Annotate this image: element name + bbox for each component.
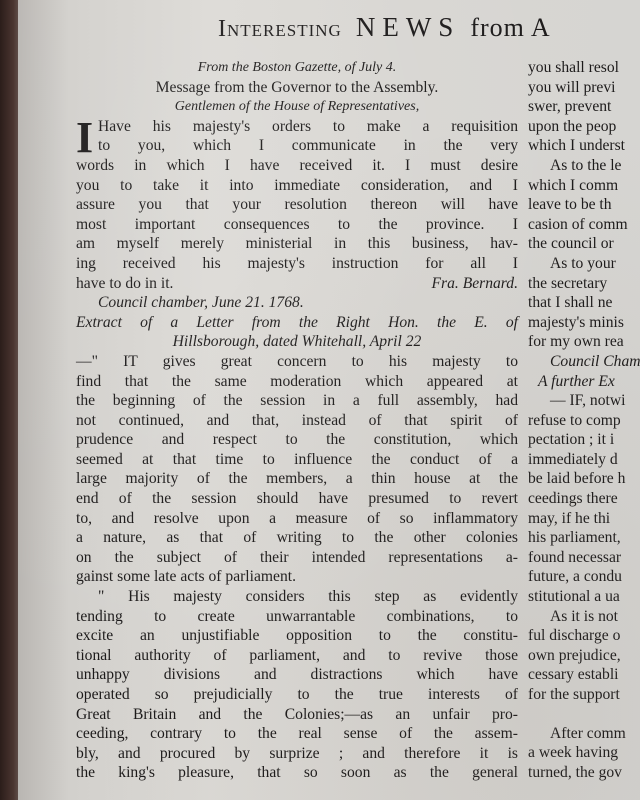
message-line: words in which I have received it. I mus… (76, 156, 518, 176)
right-line: swer, prevent (528, 97, 640, 117)
right-line: the council or (528, 234, 640, 254)
right-line: you shall resol (528, 58, 640, 78)
right-line: — IF, notwi (528, 391, 640, 411)
right-line: As to your (528, 254, 640, 274)
right-line: future, a condu (528, 567, 640, 587)
extract-line: seemed at that time to influence the con… (76, 450, 518, 470)
right-line: upon the peop (528, 117, 640, 137)
right-line: refuse to comp (528, 411, 640, 431)
right-line: majesty's minis (528, 313, 640, 333)
right-line: cessary establi (528, 665, 640, 685)
para2-line: excite an unjustifiable opposition to th… (76, 626, 518, 646)
right-line: casion of comm (528, 215, 640, 235)
extract-line: —" IT gives great concern to his majesty… (76, 352, 518, 372)
message-line: to you, which I communicate in the very (76, 136, 518, 156)
para2-line: tional authority of parliament, and to r… (76, 646, 518, 666)
right-line: for my own rea (528, 332, 640, 352)
right-line: pectation ; it i (528, 430, 640, 450)
page-headline: InterestingNEWSfrom A (218, 12, 551, 43)
headline-news: NEWS (356, 12, 461, 42)
extract-heading-2: Hillsborough, dated Whitehall, April 22 (76, 332, 518, 352)
para2-line: Great Britain and the Colonies;—as an un… (76, 705, 518, 725)
right-line: After comm (528, 724, 640, 744)
extract-line: a nature, as that of writing to the othe… (76, 528, 518, 548)
right-line: turned, the gov (528, 763, 640, 783)
message-line: you to take it into immediate considerat… (76, 176, 518, 196)
para2-line: unhappy divisions and distractions which… (76, 665, 518, 685)
right-line: A further Ex (528, 372, 640, 392)
message-line: ing received his majesty's instruction f… (76, 254, 518, 274)
right-line: own prejudice, (528, 646, 640, 666)
para2-line: ceeding, contrary to the real sense of t… (76, 724, 518, 744)
signature: Fra. Bernard. (432, 274, 518, 294)
right-line: be laid before h (528, 469, 640, 489)
left-column: From the Boston Gazette, of July 4. Mess… (76, 58, 518, 783)
right-line: As to the le (528, 156, 640, 176)
message-line: Have his majesty's orders to make a requ… (76, 117, 518, 137)
right-line: found necessar (528, 548, 640, 568)
message-title: Message from the Governor to the Assembl… (76, 78, 518, 98)
para2-line: " His majesty considers this step as evi… (76, 587, 518, 607)
right-line: that I shall ne (528, 293, 640, 313)
headline-interesting: Interesting (218, 16, 342, 42)
right-line: may, if he thi (528, 509, 640, 529)
right-line: As it is not (528, 607, 640, 627)
right-line: a week having (528, 743, 640, 763)
message-line: assure you that your resolution thereon … (76, 195, 518, 215)
right-line: Council Cham (528, 352, 640, 372)
para2-line: operated so prejudicially to the true in… (76, 685, 518, 705)
extract-line: on the subject of their intended represe… (76, 548, 518, 568)
right-column: you shall resol you will previ swer, pre… (528, 58, 640, 782)
para2-line: bly, and procured by surprize ; and ther… (76, 744, 518, 764)
right-line: leave to be th (528, 195, 640, 215)
message-line: am myself merely ministerial in this bus… (76, 234, 518, 254)
extract-line: not continued, and that, instead of that… (76, 411, 518, 431)
right-line: ceedings there (528, 489, 640, 509)
right-line: his parliament, (528, 528, 640, 548)
right-line: which I comm (528, 176, 640, 196)
newspaper-page: InterestingNEWSfrom A From the Boston Ga… (18, 0, 640, 800)
right-line: ful discharge o (528, 626, 640, 646)
message-line: most important consequences to the provi… (76, 215, 518, 235)
para2-line: tending to create unwarrantable combinat… (76, 607, 518, 627)
extract-line: prudence and respect to the constitution… (76, 430, 518, 450)
para2-line: the king's pleasure, that so soon as the… (76, 763, 518, 783)
extract-line: end of the session should have presumed … (76, 489, 518, 509)
extract-line: to, and resolve upon a measure of so inf… (76, 509, 518, 529)
right-line: for the support (528, 685, 640, 705)
headline-from: from A (470, 13, 550, 42)
source-line: From the Boston Gazette, of July 4. (76, 58, 518, 78)
right-line: the secretary (528, 274, 640, 294)
extract-line: gainst some late acts of parliament. (76, 567, 518, 587)
drop-cap: I (76, 119, 93, 157)
extract-line: the beginning of the session in a full a… (76, 391, 518, 411)
salutation: Gentlemen of the House of Representative… (76, 97, 518, 117)
right-line: immediately d (528, 450, 640, 470)
right-line: stitutional a ua (528, 587, 640, 607)
paragraph-gap (528, 705, 640, 724)
extract-line: large majority of the members, a thin ho… (76, 469, 518, 489)
right-line: you will previ (528, 78, 640, 98)
signature-line: have to do in it. Fra. Bernard. (76, 274, 518, 294)
extract-heading: Extract of a Letter from the Right Hon. … (76, 313, 518, 333)
message-last-line: have to do in it. (76, 274, 173, 294)
right-line: which I underst (528, 136, 640, 156)
message-body: I Have his majesty's orders to make a re… (76, 117, 518, 293)
extract-line: find that the same moderation which appe… (76, 372, 518, 392)
dateline: Council chamber, June 21. 1768. (76, 293, 518, 313)
